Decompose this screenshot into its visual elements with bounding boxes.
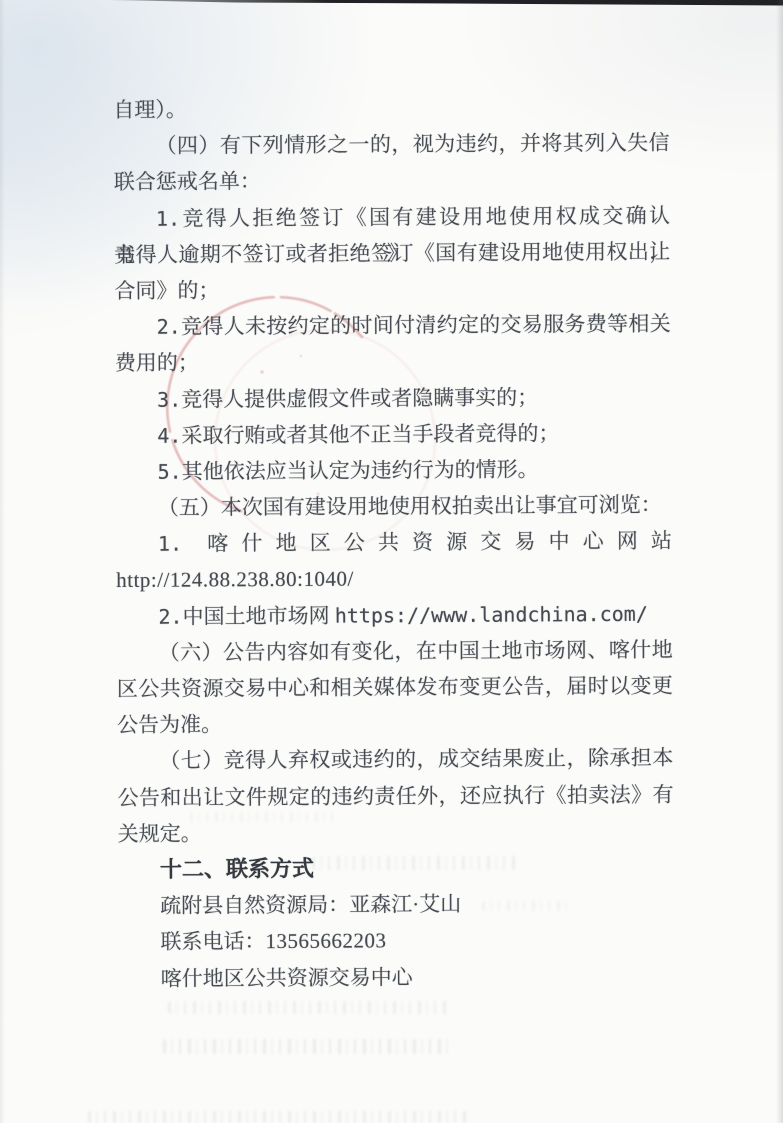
text-line: 自理）。 bbox=[113, 89, 669, 129]
text-line: 公告和出让文件规定的违约责任外，还应执行《拍卖法》有 bbox=[117, 776, 673, 816]
text-line: 公告为准。 bbox=[117, 704, 673, 744]
text-line: 1.竞得人拒绝签订《国有建设用地使用权成交确认书》， bbox=[114, 197, 670, 237]
text-segment: 竞得人提供虚假文件或者隐瞒事实的； bbox=[181, 385, 538, 411]
text-line: 4.采取行贿或者其他不正当手段者竞得的； bbox=[115, 414, 671, 454]
text-segment: （五）本次国有建设用地使用权拍卖出让事宜可浏览： bbox=[158, 493, 662, 520]
text-line: 5.其他依法应当认定为违约行为的情形。 bbox=[115, 450, 671, 490]
text-line: 联系电话：13565662203 bbox=[118, 921, 674, 961]
text-segment: 2. bbox=[158, 604, 182, 628]
text-segment: （七）竞得人弃权或违约的，成交结果废止，除承担本 bbox=[159, 746, 673, 773]
text-line: 2.竞得人未按约定的时间付清约定的交易服务费等相关 bbox=[115, 306, 671, 346]
text-line: 2.中国土地市场网 https://www.landchina.com/ bbox=[116, 595, 672, 635]
text-segment: 喀什地区公共资源交易中心 bbox=[161, 965, 413, 991]
ink-bleed-smudge bbox=[312, 856, 520, 870]
text-segment: 1. bbox=[158, 532, 207, 556]
text-line: 合同》的； bbox=[114, 270, 670, 310]
ink-bleed-smudge bbox=[163, 1039, 450, 1054]
text-segment: 4. bbox=[157, 423, 181, 447]
text-line: 竞得人逾期不签订或者拒绝签订《国有建设用地使用权出让 bbox=[114, 233, 670, 273]
text-line: http://124.88.238.80:1040/ bbox=[116, 559, 672, 599]
scanner-edge-artifact bbox=[0, 0, 783, 6]
scanned-document-page: 自理）。（四）有下列情形之一的，视为违约，并将其列入失信联合惩戒名单：1.竞得人… bbox=[0, 0, 783, 1123]
text-line: 3.竞得人提供虚假文件或者隐瞒事实的； bbox=[115, 378, 671, 418]
text-line: 区公共资源交易中心和相关媒体发布变更公告，届时以变更 bbox=[117, 668, 673, 708]
ink-bleed-smudge bbox=[482, 901, 570, 911]
text-line: （六）公告内容如有变化，在中国土地市场网、喀什地 bbox=[117, 631, 673, 671]
text-line: 费用的； bbox=[115, 342, 671, 382]
text-segment: 自理）。 bbox=[113, 98, 187, 122]
text-segment: 公告为准。 bbox=[117, 713, 222, 738]
text-segment: 3. bbox=[157, 387, 181, 411]
text-segment: 1. bbox=[156, 206, 180, 230]
text-segment: 合同》的； bbox=[114, 278, 219, 303]
text-segment: 2. bbox=[157, 315, 181, 339]
text-segment: （四）有下列情形之一的，视为违约，并将其列入失信 bbox=[155, 131, 669, 158]
text-segment: 关规定。 bbox=[118, 821, 202, 846]
text-segment: 费用的； bbox=[115, 351, 199, 376]
text-segment: 竞得人未按约定的时间付清约定的交易服务费等相关 bbox=[181, 312, 671, 339]
text-line: 疏附县自然资源局：亚森江·艾山 bbox=[118, 885, 674, 925]
text-segment: 联系电话： bbox=[160, 929, 265, 954]
page-left-edge-shadow bbox=[0, 0, 5, 1123]
text-line: 联合惩戒名单： bbox=[114, 161, 670, 201]
text-line: （七）竞得人弃权或违约的，成交结果废止，除承担本 bbox=[117, 740, 673, 780]
ink-bleed-smudge bbox=[190, 812, 340, 822]
text-segment: （六）公告内容如有变化，在中国土地市场网、喀什地 bbox=[159, 637, 673, 664]
text-segment: 区公共资源交易中心和相关媒体发布变更公告，届时以变更 bbox=[117, 674, 673, 701]
text-segment: 中国土地市场网 bbox=[182, 603, 334, 628]
text-line: （四）有下列情形之一的，视为违约，并将其列入失信 bbox=[113, 125, 669, 165]
text-segment: 其他依法应当认定为违约行为的情形。 bbox=[182, 457, 539, 483]
text-segment: 疏附县自然资源局：亚森江·艾山 bbox=[160, 892, 461, 918]
text-segment: 十二、联系方式 bbox=[160, 856, 314, 882]
text-segment: 喀什地区公共资源交易中心网站 bbox=[207, 529, 672, 556]
text-segment: 采取行贿或者其他不正当手段者竞得的； bbox=[181, 421, 559, 447]
text-line: （五）本次国有建设用地使用权拍卖出让事宜可浏览： bbox=[116, 487, 672, 527]
text-segment: http://124.88.238.80:1040/ bbox=[116, 567, 354, 592]
page-right-edge-shadow bbox=[776, 0, 783, 1123]
ink-bleed-smudge bbox=[88, 1111, 470, 1123]
text-segment: 联合惩戒名单： bbox=[114, 169, 261, 194]
ink-bleed-smudge bbox=[168, 1001, 450, 1014]
text-line: 1. 喀什地区公共资源交易中心网站 bbox=[116, 523, 672, 563]
text-segment: https://www.landchina.com/ bbox=[335, 601, 648, 627]
text-segment: 5. bbox=[157, 459, 181, 483]
text-segment: 公告和出让文件规定的违约责任外，还应执行《拍卖法》有 bbox=[117, 782, 673, 809]
text-segment: 13565662203 bbox=[265, 929, 386, 954]
text-line: 喀什地区公共资源交易中心 bbox=[119, 957, 675, 997]
text-segment: 竞得人逾期不签订或者拒绝签订《国有建设用地使用权出让 bbox=[114, 239, 670, 266]
